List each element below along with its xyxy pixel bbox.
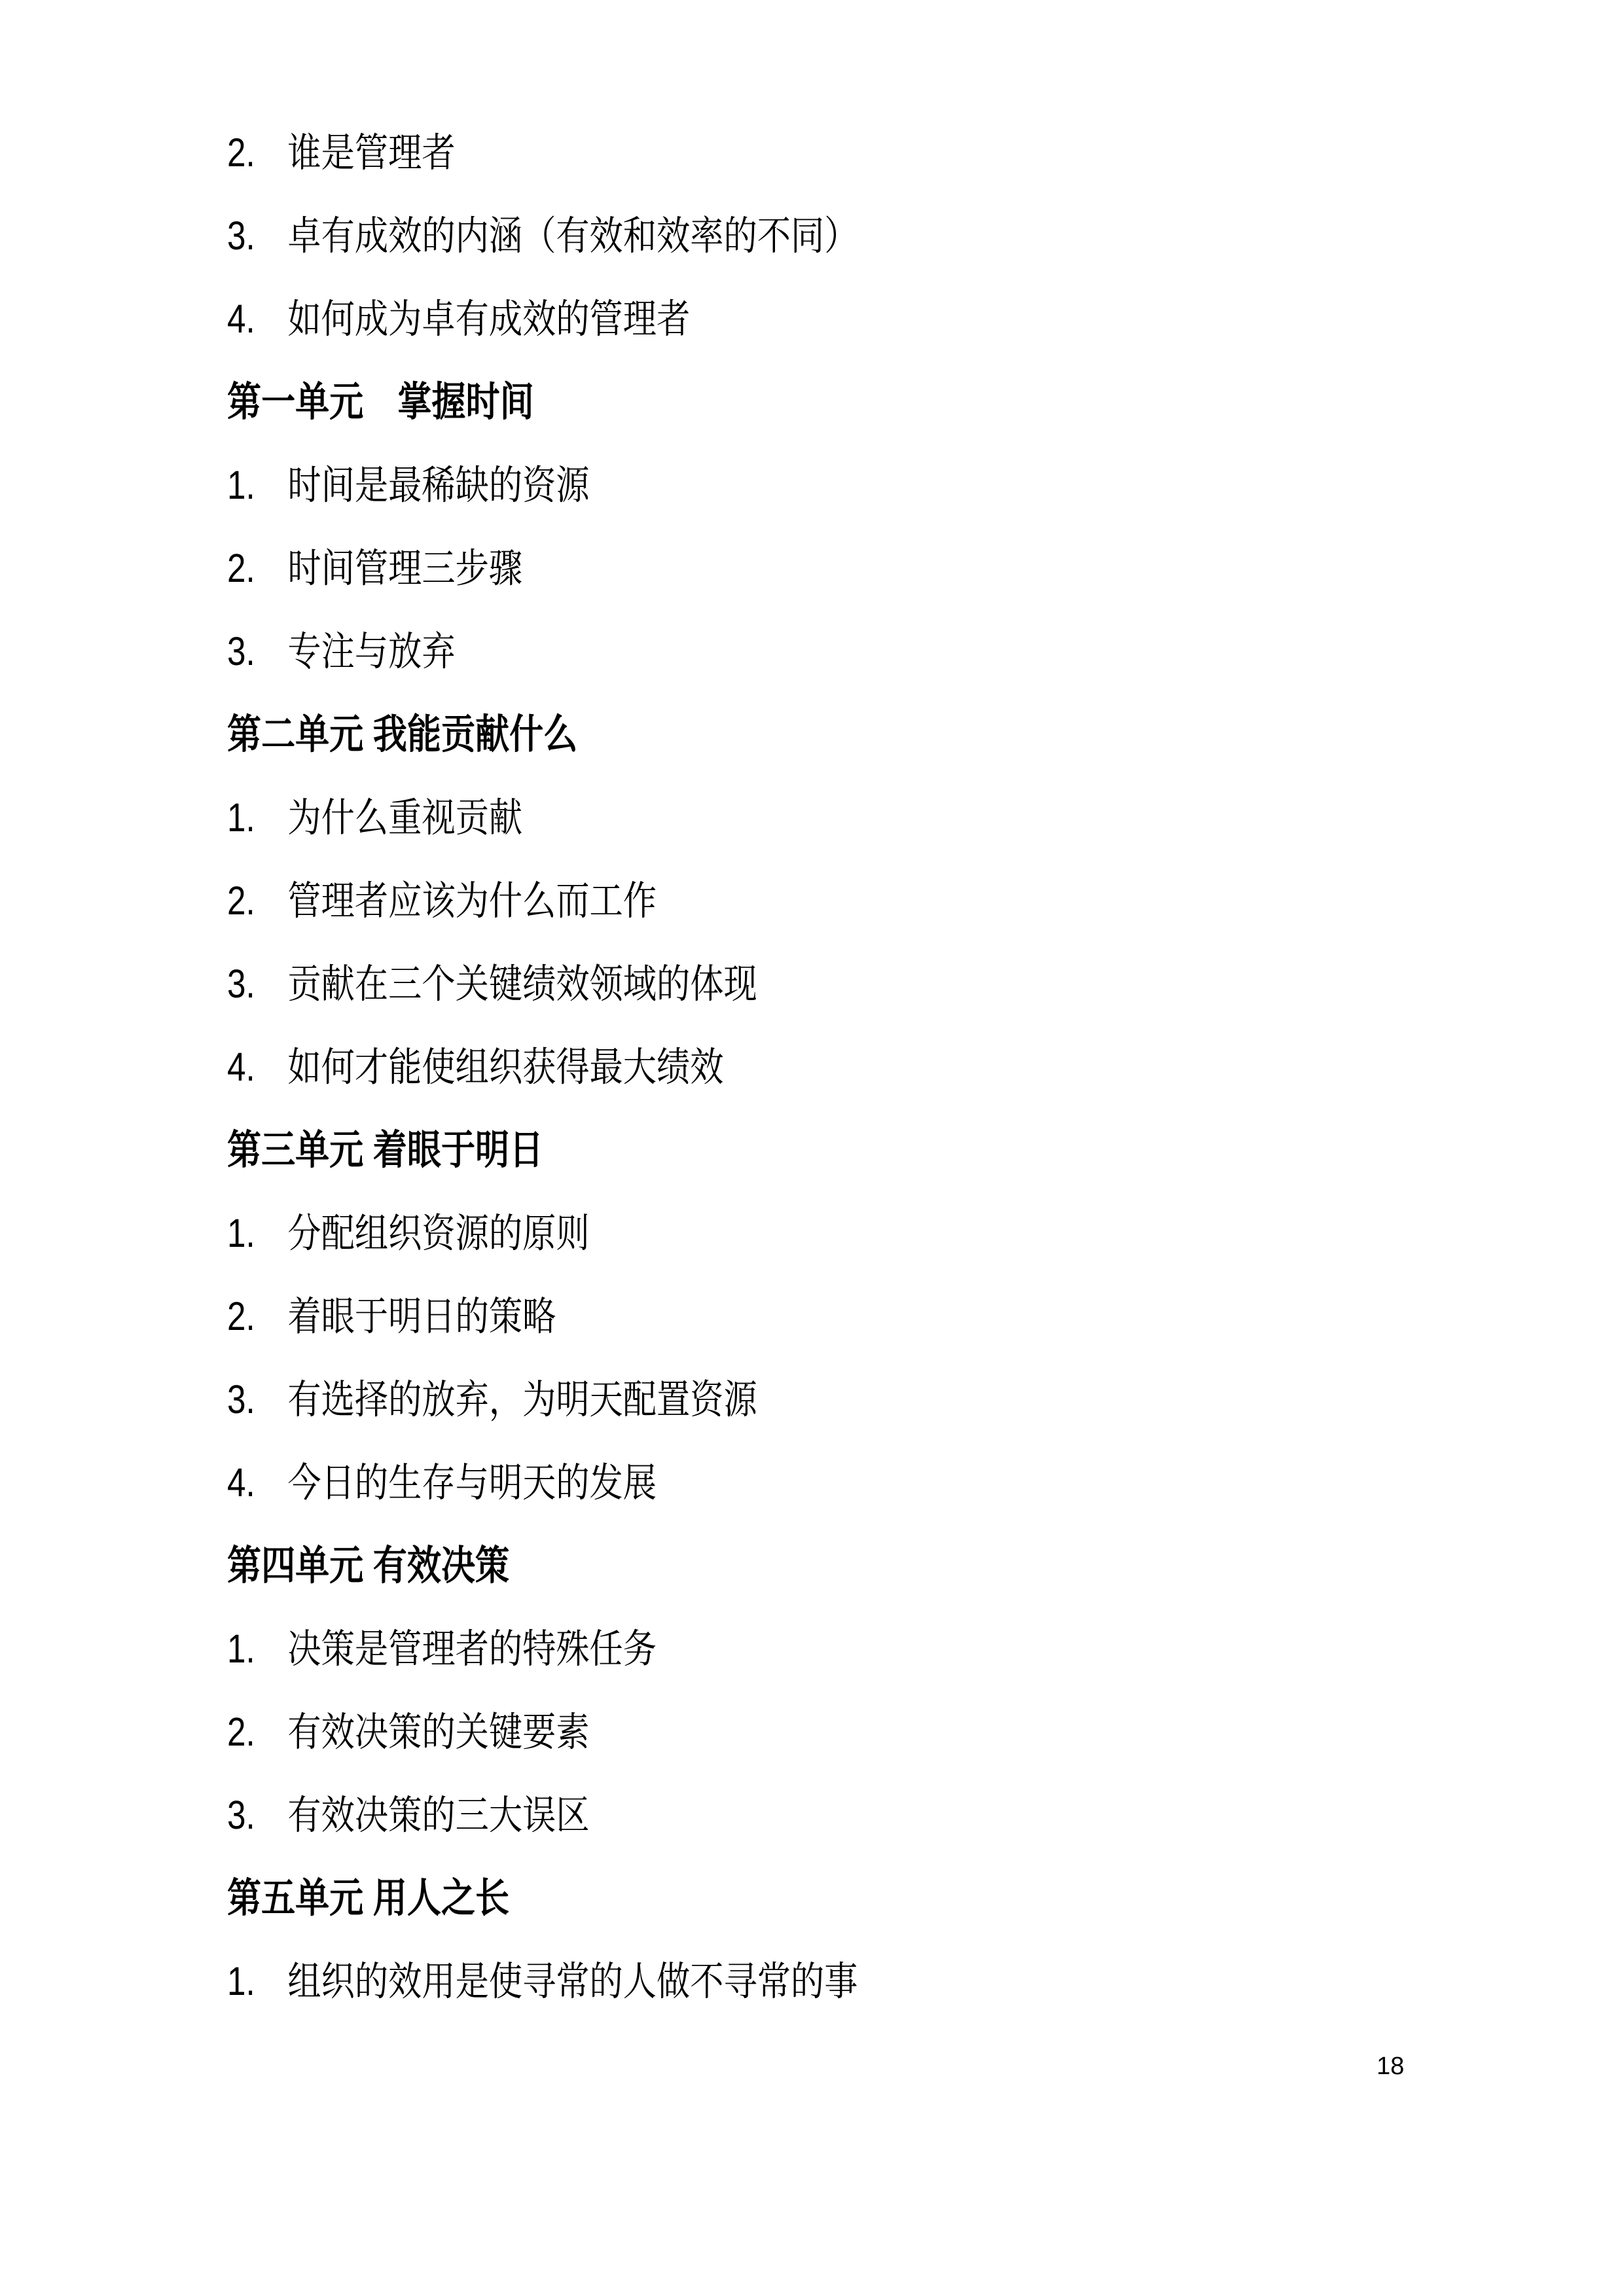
outline-item: 2.管理者应该为什么而工作 [0,859,1624,942]
item-number: 2. [227,548,287,588]
item-number: 2. [227,881,287,921]
unit-heading: 第四单元 有效决策 [0,1524,1624,1607]
outline-item: 4.今日的生存与明天的发展 [0,1441,1624,1524]
item-number: 3. [227,964,287,1004]
item-number: 3. [227,1380,287,1420]
item-number: 4. [227,1047,287,1087]
item-number: 1. [227,465,287,505]
outline-item: 3.专注与放弃 [0,610,1624,693]
item-text: 时间是最稀缺的资源 [287,463,589,507]
item-number: 1. [227,1962,287,2001]
outline-item-inner: 2.有效决策的关键要素 [227,1712,590,1752]
item-text: 如何才能使组织获得最大绩效 [287,1045,723,1089]
item-number: 4. [227,1463,287,1503]
outline-item: 3.有效决策的三大误区 [0,1774,1624,1857]
outline-item-inner: 1.时间是最稀缺的资源 [227,465,590,505]
unit-heading: 第三单元 着眼于明日 [0,1109,1624,1192]
outline-item-inner: 1.为什么重视贡献 [227,798,522,838]
item-number: 1. [227,798,287,838]
item-text: 如何成为卓有成效的管理者 [287,296,690,341]
item-text: 组织的效用是使寻常的人做不寻常的事 [287,1959,857,2003]
item-text: 管理者应该为什么而工作 [287,878,657,923]
item-number: 2. [227,133,287,173]
outline-item-inner: 3.卓有成效的内涵（有效和效率的不同） [227,216,857,256]
outline-item-inner: 1.决策是管理者的特殊任务 [227,1629,657,1669]
outline-item-inner: 2.管理者应该为什么而工作 [227,881,657,921]
item-number: 1. [227,1213,287,1253]
outline-item-inner: 4.如何成为卓有成效的管理者 [227,299,690,339]
outline-item: 2.有效决策的关键要素 [0,1691,1624,1774]
outline-item: 2.时间管理三步骤 [0,527,1624,610]
unit-heading: 第一单元 掌握时间 [0,361,1624,444]
outline-item: 3.卓有成效的内涵（有效和效率的不同） [0,194,1624,278]
outline-item-inner: 1.组织的效用是使寻常的人做不寻常的事 [227,1962,857,2001]
item-number: 3. [227,632,287,672]
item-text: 卓有成效的内涵（有效和效率的不同） [287,213,857,258]
item-text: 决策是管理者的特殊任务 [287,1626,657,1671]
heading-text: 第三单元 着眼于明日 [227,1130,543,1171]
outline-item: 3.贡献在三个关键绩效领域的体现 [0,942,1624,1026]
item-text: 分配组织资源的原则 [287,1211,589,1255]
item-number: 2. [227,1712,287,1752]
outline-item: 1.时间是最稀缺的资源 [0,444,1624,527]
outline-item-inner: 1.分配组织资源的原则 [227,1213,590,1253]
outline-item-inner: 4.今日的生存与明天的发展 [227,1463,657,1503]
heading-text: 第四单元 有效决策 [227,1546,509,1587]
outline-list: 2.谁是管理者 3.卓有成效的内涵（有效和效率的不同） 4.如何成为卓有成效的管… [0,111,1624,2023]
item-text: 有效决策的三大误区 [287,1793,589,1837]
outline-item-inner: 3.有选择的放弃，为明天配置资源 [227,1380,757,1420]
item-text: 着眼于明日的策略 [287,1294,556,1338]
outline-item: 2.谁是管理者 [0,111,1624,194]
item-number: 4. [227,299,287,339]
outline-item-inner: 2.谁是管理者 [227,133,456,173]
unit-heading: 第二单元 我能贡献什么 [0,693,1624,776]
heading-text: 第一单元 掌握时间 [227,382,534,423]
page-number: 18 [1377,2054,1404,2079]
heading-text: 第五单元 用人之长 [227,1878,509,1919]
outline-item: 4.如何成为卓有成效的管理者 [0,278,1624,361]
document-page: 2.谁是管理者 3.卓有成效的内涵（有效和效率的不同） 4.如何成为卓有成效的管… [0,0,1624,2296]
item-text: 贡献在三个关键绩效领域的体现 [287,961,757,1006]
outline-item-inner: 3.贡献在三个关键绩效领域的体现 [227,964,757,1004]
outline-item: 1.分配组织资源的原则 [0,1192,1624,1275]
item-number: 3. [227,216,287,256]
item-text: 有选择的放弃，为明天配置资源 [287,1377,757,1422]
outline-item-inner: 4.如何才能使组织获得最大绩效 [227,1047,724,1087]
outline-item-inner: 2.时间管理三步骤 [227,548,522,588]
outline-item: 3.有选择的放弃，为明天配置资源 [0,1358,1624,1441]
item-text: 为什么重视贡献 [287,795,522,840]
outline-item: 4.如何才能使组织获得最大绩效 [0,1026,1624,1109]
item-text: 时间管理三步骤 [287,546,522,590]
item-number: 1. [227,1629,287,1669]
unit-heading: 第五单元 用人之长 [0,1857,1624,1940]
item-text: 有效决策的关键要素 [287,1710,589,1754]
outline-item: 1.为什么重视贡献 [0,776,1624,859]
outline-item: 1.组织的效用是使寻常的人做不寻常的事 [0,1940,1624,2023]
item-text: 专注与放弃 [287,629,455,673]
item-number: 3. [227,1795,287,1835]
outline-item-inner: 2.着眼于明日的策略 [227,1297,556,1336]
item-text: 今日的生存与明天的发展 [287,1460,657,1505]
outline-item: 2.着眼于明日的策略 [0,1275,1624,1358]
outline-item-inner: 3.有效决策的三大误区 [227,1795,590,1835]
item-number: 2. [227,1297,287,1336]
outline-item: 1.决策是管理者的特殊任务 [0,1607,1624,1691]
heading-text: 第二单元 我能贡献什么 [227,715,577,755]
item-text: 谁是管理者 [287,130,455,175]
outline-item-inner: 3.专注与放弃 [227,632,456,672]
